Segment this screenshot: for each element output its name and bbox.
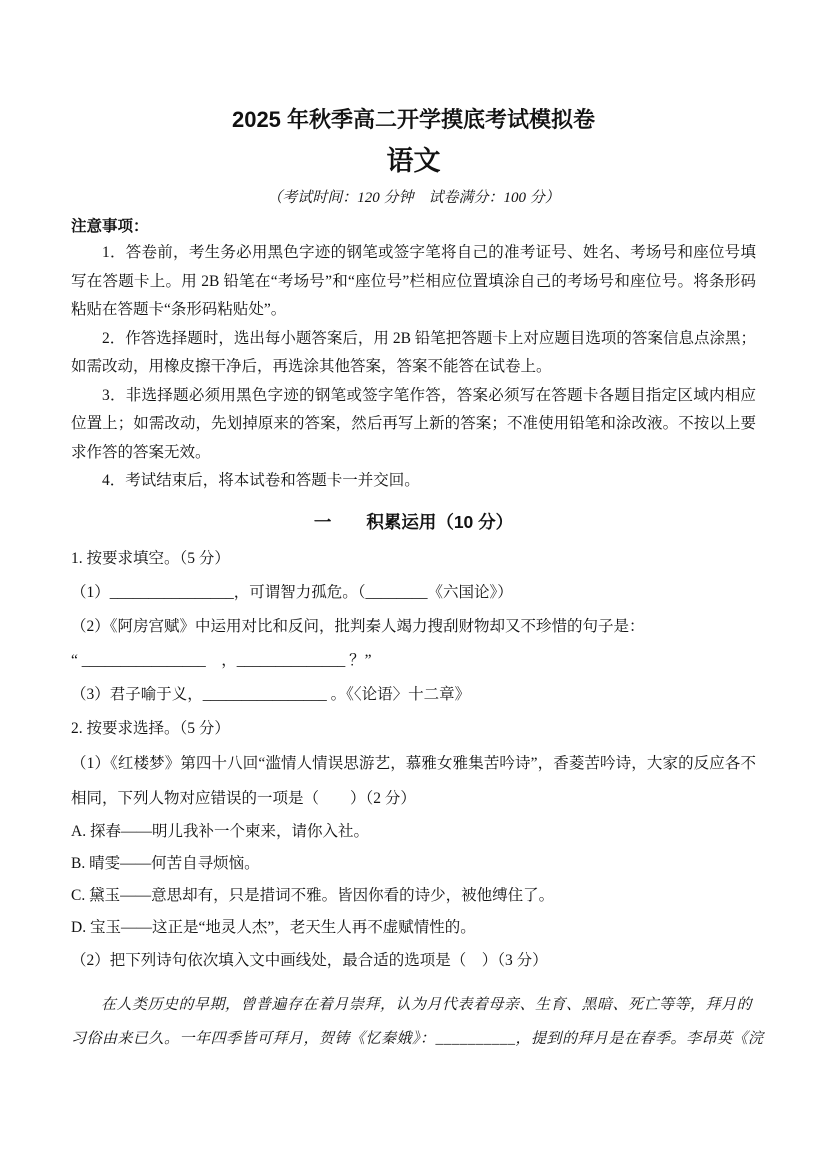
question-1-item-2: （2）《阿房宫赋》中运用对比和反问，批判秦人竭力搜刮财物却又不珍惜的句子是： (71, 610, 756, 644)
poem-context-passage: 在人类历史的早期，曾普遍存在着月崇拜，认为月代表着母亲、生育、黑暗、死亡等等，拜… (71, 988, 756, 1056)
question-2-stem: 2. 按要求选择。（5 分） (71, 712, 756, 746)
question-1-stem: 1. 按要求填空。（5 分） (71, 542, 756, 576)
option-b: B. 晴雯――何苦自寻烦恼。 (71, 848, 756, 880)
option-d: D. 宝玉――这正是“地灵人杰”，老天生人再不虚赋情性的。 (71, 912, 756, 944)
exam-paper-page: 2025 年秋季高二开学摸底考试模拟卷 语文 （考试时间：120 分钟 试卷满分… (0, 0, 827, 1169)
exam-info-line: （考试时间：120 分钟 试卷满分：100 分） (71, 187, 756, 209)
page-title: 2025 年秋季高二开学摸底考试模拟卷 (71, 105, 756, 135)
section-heading: 一 积累运用（10 分） (71, 508, 756, 536)
question-1-item-3: （3）君子喻于义，________________ 。《〈论语〉十二章》 (71, 678, 756, 712)
notice-item-2: 2．作答选择题时，选出每小题答案后，用 2B 铅笔把答题卡上对应题目选项的答案信… (71, 325, 756, 382)
question-1-item-1: （1）________________，可谓智力孤危。（________《六国论… (71, 576, 756, 610)
passage-line-1: 在人类历史的早期，曾普遍存在着月崇拜，认为月代表着母亲、生育、黑暗、死亡等等，拜… (71, 988, 756, 1022)
question-1-item-2-quote: “ ________________ ，______________ ？” (71, 644, 756, 678)
notice-heading: 注意事项： (71, 215, 756, 239)
option-a: A. 探春――明儿我补一个柬来，请你入社。 (71, 816, 756, 848)
question-2-sub-1: （1）《红楼梦》第四十八回“滥情人情误思游艺，慕雅女雅集苦吟诗”，香菱苦吟诗，大… (71, 746, 756, 816)
notice-item-4: 4．考试结束后，将本试卷和答题卡一并交回。 (71, 467, 756, 496)
passage-line-2: 习俗由来已久。一年四季皆可拜月，贺铸《忆秦娥》：__________，提到的拜月… (71, 1022, 756, 1056)
subject-title: 语文 (71, 143, 756, 179)
notice-item-3: 3．非选择题必须用黑色字迹的钢笔或签字笔作答，答案必须写在答题卡各题目指定区域内… (71, 382, 756, 468)
notice-item-1: 1．答卷前，考生务必用黑色字迹的钢笔或签字笔将自己的准考证号、姓名、考场号和座位… (71, 239, 756, 325)
question-2-sub-2: （2）把下列诗句依次填入文中画线处，最合适的选项是（ ）（3 分） (71, 944, 756, 978)
option-c: C. 黛玉――意思却有，只是措词不雅。皆因你看的诗少，被他缚住了。 (71, 880, 756, 912)
